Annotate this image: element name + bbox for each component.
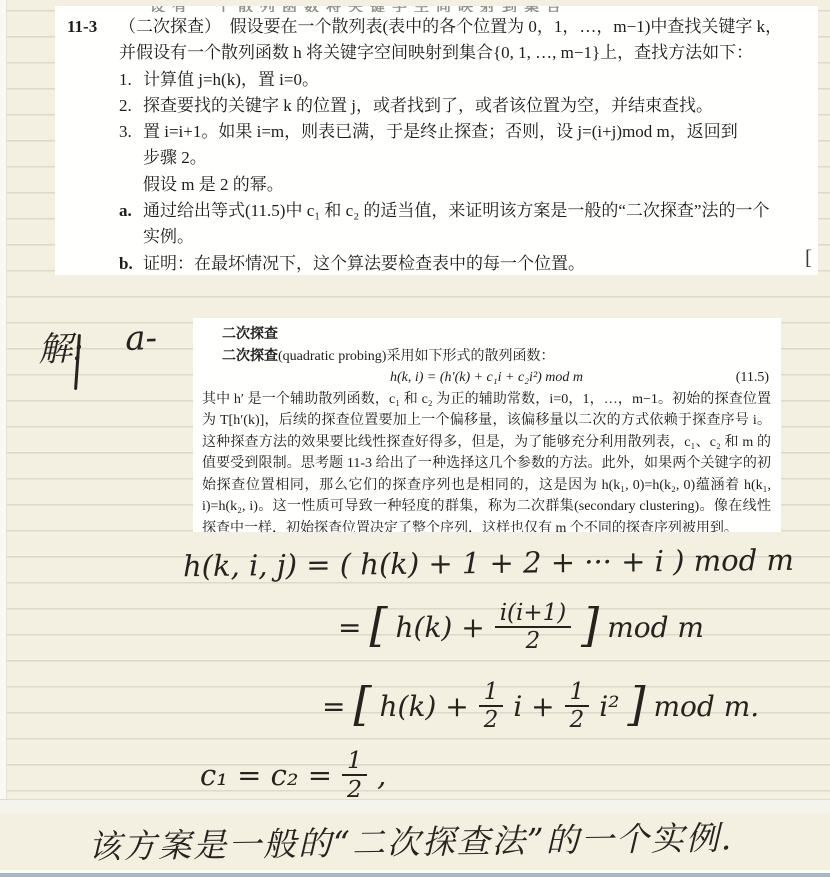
equation-text: mod m. [653,690,759,723]
problem-statement-box: 设有一个散列函数将关键字空间映射到集合 11-3 （二次探查） 假设要在一个散列… [55,6,818,275]
item-letter: a. [119,198,143,224]
fraction-denominator: 2 [347,776,362,802]
handwritten-constants-line: c₁ = c₂ = 1 2 , [200,748,386,802]
fraction: 1 2 [565,680,590,732]
open-bracket: [ [353,681,371,727]
fraction-numerator: 1 [479,680,504,707]
fraction-denominator: 2 [526,628,541,653]
step-3-continuation: 步骤 2。 [143,145,804,171]
handwritten-derivation-line-2: = [ h(k) + i(i+1) 2 ] mod m [338,601,704,653]
problem-intro-line2: 并假设有一个散列函数 h 将关键字空间映射到集合{0, 1, …, m−1}上，… [119,40,804,66]
equation-number: (11.5) [736,367,769,389]
procedure-step-2: 2. 探查要找的关键字 k 的位置 j，或者找到了，或者该位置为空，并结束查找。 [119,93,804,119]
excerpt-heading: 二次探查 [202,324,771,346]
problem-number: 11-3 [67,14,119,275]
close-bracket: ] [627,681,645,727]
stray-bracket-mark: [ [805,244,812,270]
step-text: 计算值 j=h(k)，置 i=0。 [143,67,804,93]
fraction: 1 2 [342,748,367,802]
fraction: i(i+1) 2 [495,601,571,653]
equation-text: h(k) + [380,690,469,723]
excerpt-equation-line: h(k, i) = (h′(k) + c₁i + c₂i²) mod m (11… [202,367,771,389]
assumption-line: 假设 m 是 2 的幂。 [143,172,804,198]
excerpt-paragraph: 其中 h′ 是一个辅助散列函数，c₁ 和 c₂ 为正的辅助常数，i=0，1，…，… [202,389,771,533]
fraction-denominator: 2 [484,707,499,732]
i-squared-term: i² [599,690,619,723]
equation-text: c₁ = c₂ = [200,758,332,792]
fraction-numerator: 1 [342,748,367,776]
equation-text: h(k, i, j) = ( h(k) + 1 + 2 + ··· + i ) … [183,543,794,583]
fraction-denominator: 2 [570,707,585,732]
excerpt-subheading-bold: 二次探查 [222,349,278,364]
excerpt-subheading: 二次探查(quadratic probing)采用如下形式的散列函数： [202,346,771,368]
textbook-excerpt-box: 二次探查 二次探查(quadratic probing)采用如下形式的散列函数：… [193,318,781,532]
equation-text: mod m [607,611,704,644]
procedure-step-1: 1. 计算值 j=h(k)，置 i=0。 [119,67,804,93]
handwritten-derivation-line-3: = [ h(k) + 1 2 i + 1 2 i² ] mod m. [322,680,759,732]
fraction-numerator: i(i+1) [495,601,571,628]
step-text: 置 i=i+1。如果 i=m，则表已满，于是终止探查；否则，设 j=(i+j)m… [143,119,804,145]
step-number: 2. [119,93,143,119]
subproblem-a: a. 通过给出等式(11.5)中 c₁ 和 c₂ 的适当值，来证明该方案是一般的… [119,198,804,224]
step-text: 探查要找的关键字 k 的位置 j，或者找到了，或者该位置为空，并结束查找。 [143,93,804,119]
equals-sign: = [322,690,345,723]
step-number: 1. [119,67,143,93]
cutoff-previous-line: 设有一个散列函数将关键字空间映射到集合 [150,6,710,12]
item-text: 证明：在最坏情况下，这个算法要检查表中的每一个位置。 [143,251,804,275]
cutoff-text: 设有一个散列函数将关键字空间映射到集合 [150,6,710,12]
open-bracket: [ [369,602,387,648]
subproblem-b: b. 证明：在最坏情况下，这个算法要检查表中的每一个位置。 [119,251,804,275]
problem-intro-line1: （二次探查） 假设要在一个散列表(表中的各个位置为 0，1，…，m−1)中查找关… [119,14,804,40]
close-bracket: ] [581,602,599,648]
answer-part-a-label: a- [125,318,158,368]
fraction-numerator: 1 [565,680,590,707]
handwritten-derivation-line-1: h(k, i, j) = ( h(k) + 1 + 2 + ··· + i ) … [183,543,794,583]
equation-11-5: h(k, i) = (h′(k) + c₁i + c₂i²) mod m [390,370,583,385]
equation-text: h(k) + [396,611,485,644]
window-bottom-bar [0,873,830,877]
paper-left-margin [0,0,7,877]
subproblem-a-continuation: 实例。 [143,224,804,250]
item-letter: b. [119,251,143,275]
equation-text: i + [513,690,554,723]
comma: , [377,758,386,792]
excerpt-subheading-rest: (quadratic probing)采用如下形式的散列函数： [278,349,554,364]
fraction: 1 2 [479,680,504,732]
item-text: 通过给出等式(11.5)中 c₁ 和 c₂ 的适当值，来证明该方案是一般的“二次… [143,198,804,224]
handwritten-answer-label: 解: a- [37,318,158,371]
procedure-step-3: 3. 置 i=i+1。如果 i=m，则表已满，于是终止探查；否则，设 j=(i+… [119,119,804,145]
step-number: 3. [119,119,143,145]
equals-sign: = [338,611,361,644]
